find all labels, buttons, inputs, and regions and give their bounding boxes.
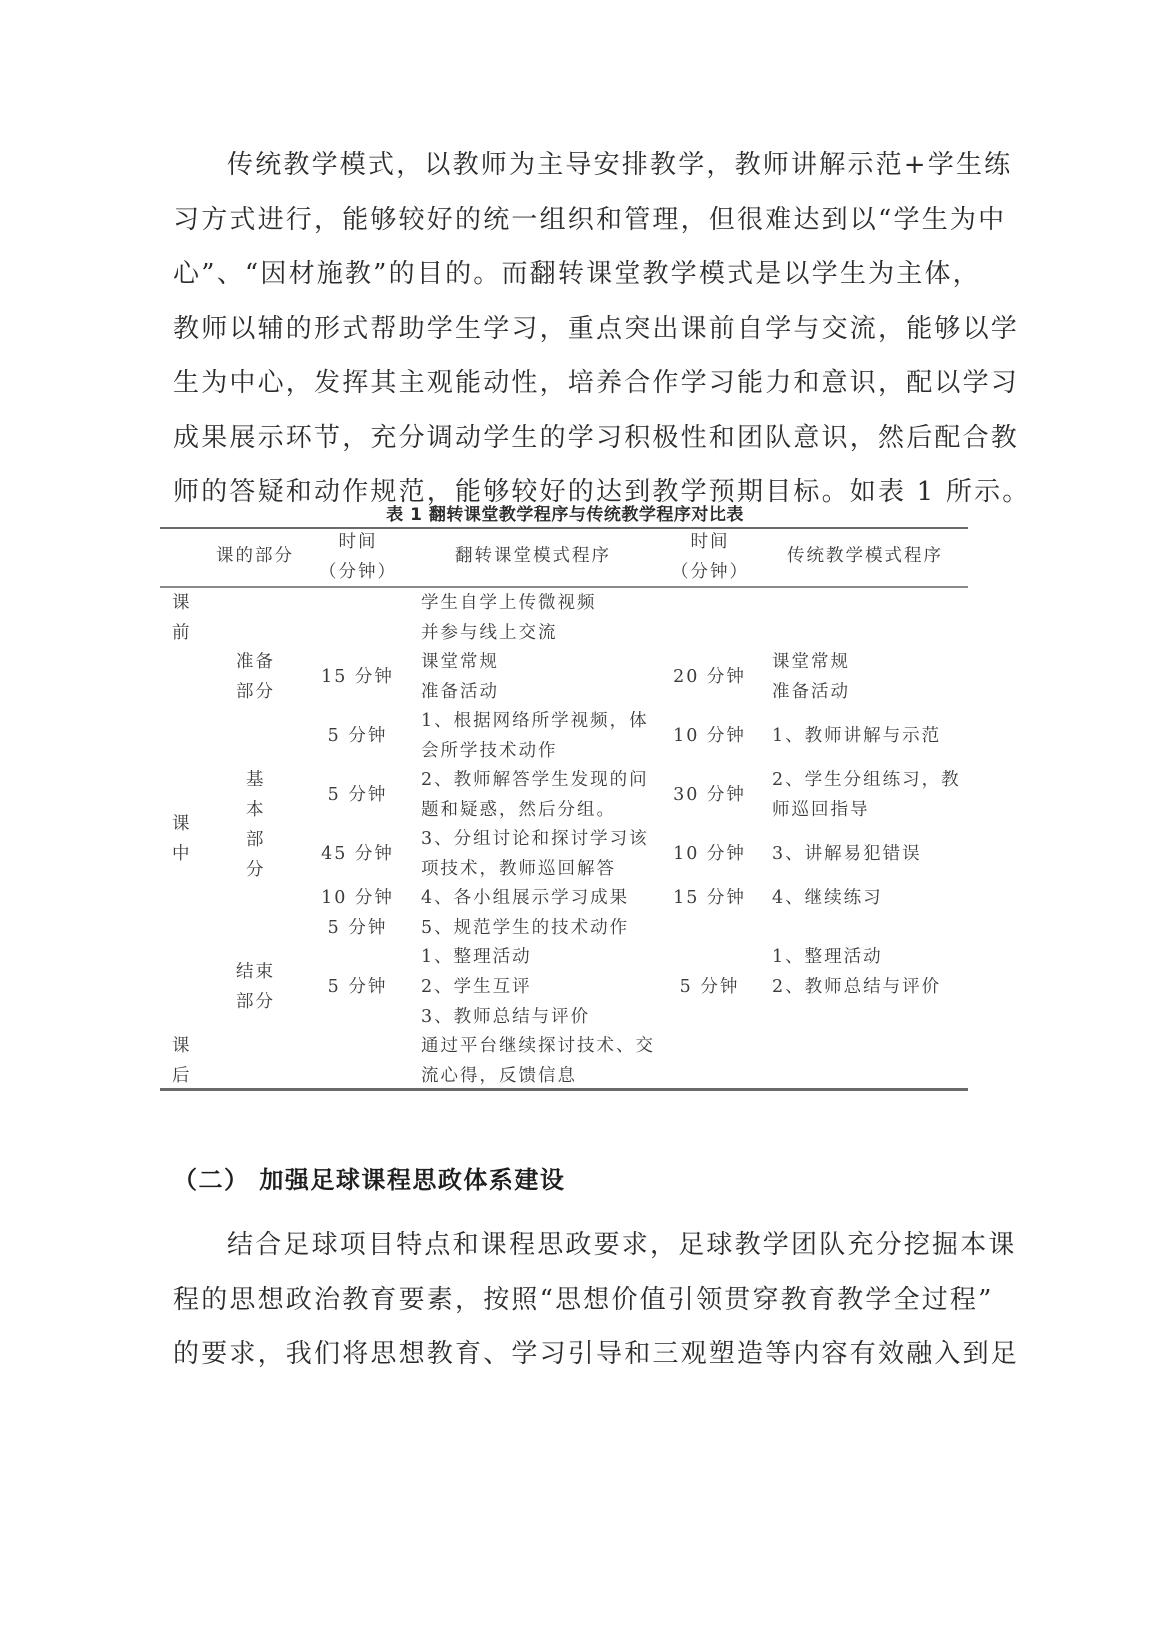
basic3-traditional-line1: 3、讲解易犯错误: [772, 840, 922, 870]
prep-time2: 20 分钟: [662, 663, 757, 693]
table-top-rule: [160, 527, 968, 529]
subpart-end-line2: 部分: [236, 988, 275, 1018]
stage-mid-char2: 中: [172, 840, 192, 870]
end-flipped-line3: 3、教师总结与评价: [421, 1003, 590, 1033]
prep-traditional-line2: 准备活动: [772, 678, 850, 708]
text-line: 程的思想政治教育要素，按照“思想价值引领贯穿教育教学全过程”: [173, 1273, 973, 1328]
basic2-time2: 30 分钟: [662, 781, 757, 811]
subpart-prep-line2: 部分: [236, 678, 275, 708]
basic3-time1: 45 分钟: [310, 840, 405, 870]
stage-post-char1: 课: [172, 1032, 192, 1062]
basic2-time1: 5 分钟: [310, 781, 405, 811]
section-heading: （二） 加强足球课程思政体系建设: [173, 1160, 565, 1195]
pre-flipped-line1: 学生自学上传微视频: [421, 589, 597, 619]
basic2-flipped-line1: 2、教师解答学生发现的问: [421, 766, 649, 796]
post-flipped-line1: 通过平台继续探讨技术、交: [421, 1032, 655, 1062]
end-traditional-line1: 1、整理活动: [772, 943, 883, 973]
text-line: 习方式进行，能够较好的统一组织和管理，但很难达到以“学生为中: [173, 193, 973, 248]
basic1-flipped-line2: 会所学技术动作: [421, 737, 558, 767]
text-line: 成果展示环节，充分调动学生的学习积极性和团队意识，然后配合教: [173, 411, 973, 466]
basic3-time2: 10 分钟: [662, 840, 757, 870]
stage-pre-char1: 课: [172, 589, 192, 619]
post-flipped-line2: 流心得，反馈信息: [421, 1062, 577, 1092]
text-line: 结合足球项目特点和课程思政要求，足球教学团队充分挖掘本课: [173, 1218, 973, 1273]
stage-mid-char1: 课: [172, 810, 192, 840]
header-time1-line1: 时间: [318, 528, 398, 558]
text-line: 心”、“因材施教”的目的。而翻转课堂教学模式是以学生为主体，: [173, 247, 973, 302]
subpart-basic-char4: 分: [246, 856, 266, 886]
basic5-flipped-line1: 5、规范学生的技术动作: [421, 914, 629, 944]
end-time1: 5 分钟: [310, 973, 405, 1003]
subpart-prep-line1: 准备: [236, 648, 275, 678]
basic3-flipped-line1: 3、分组讨论和探讨学习该: [421, 825, 649, 855]
header-part: 课的部分: [205, 542, 305, 572]
subpart-end-line1: 结束: [236, 958, 275, 988]
header-flipped: 翻转课堂模式程序: [418, 542, 648, 572]
text-line: 传统教学模式，以教师为主导安排教学，教师讲解示范+学生练: [173, 138, 973, 193]
subpart-basic-char2: 本: [246, 796, 266, 826]
header-time2-line2: （分钟）: [665, 558, 755, 588]
text-line: 教师以辅的形式帮助学生学习，重点突出课前自学与交流，能够以学: [173, 302, 973, 357]
prep-flipped-line1: 课堂常规: [421, 648, 499, 678]
stage-post-char2: 后: [172, 1062, 192, 1092]
text-line: 生为中心，发挥其主观能动性，培养合作学习能力和意识，配以学习: [173, 356, 973, 411]
basic4-time1: 10 分钟: [310, 884, 405, 914]
prep-time1: 15 分钟: [310, 663, 405, 693]
header-time2-line1: 时间: [670, 528, 750, 558]
end-flipped-line2: 2、学生互评: [421, 973, 532, 1003]
subpart-basic-char1: 基: [246, 766, 266, 796]
header-time1-line2: （分钟）: [313, 558, 403, 588]
basic4-traditional-line1: 4、继续练习: [772, 884, 883, 914]
table-header-rule: [160, 586, 968, 588]
header-traditional: 传统教学模式程序: [770, 542, 960, 572]
basic4-flipped-line1: 4、各小组展示学习成果: [421, 884, 629, 914]
pre-flipped-line2: 并参与线上交流: [421, 619, 558, 649]
stage-pre-char2: 前: [172, 619, 192, 649]
text-line: 的要求，我们将思想教育、学习引导和三观塑造等内容有效融入到足: [173, 1327, 973, 1382]
prep-flipped-line2: 准备活动: [421, 678, 499, 708]
body-paragraph-1: 传统教学模式，以教师为主导安排教学，教师讲解示范+学生练 习方式进行，能够较好的…: [173, 138, 973, 520]
basic4-time2: 15 分钟: [662, 884, 757, 914]
basic1-time2: 10 分钟: [662, 722, 757, 752]
basic3-flipped-line2: 项技术，教师巡回解答: [421, 855, 616, 885]
table-caption: 表 1 翻转课堂教学程序与传统教学程序对比表: [160, 500, 970, 525]
basic1-traditional-line1: 1、教师讲解与示范: [772, 722, 941, 752]
end-flipped-line1: 1、整理活动: [421, 943, 532, 973]
basic2-traditional-line2: 师巡回指导: [772, 796, 870, 826]
basic1-time1: 5 分钟: [310, 722, 405, 752]
basic2-flipped-line2: 题和疑惑，然后分组。: [421, 796, 616, 826]
basic5-time1: 5 分钟: [310, 914, 405, 944]
end-time2: 5 分钟: [662, 973, 757, 1003]
end-traditional-line2: 2、教师总结与评价: [772, 973, 941, 1003]
subpart-basic-char3: 部: [246, 826, 266, 856]
body-paragraph-2: 结合足球项目特点和课程思政要求，足球教学团队充分挖掘本课 程的思想政治教育要素，…: [173, 1218, 973, 1382]
basic1-flipped-line1: 1、根据网络所学视频，体: [421, 707, 649, 737]
basic2-traditional-line1: 2、学生分组练习，教: [772, 766, 961, 796]
prep-traditional-line1: 课堂常规: [772, 648, 850, 678]
